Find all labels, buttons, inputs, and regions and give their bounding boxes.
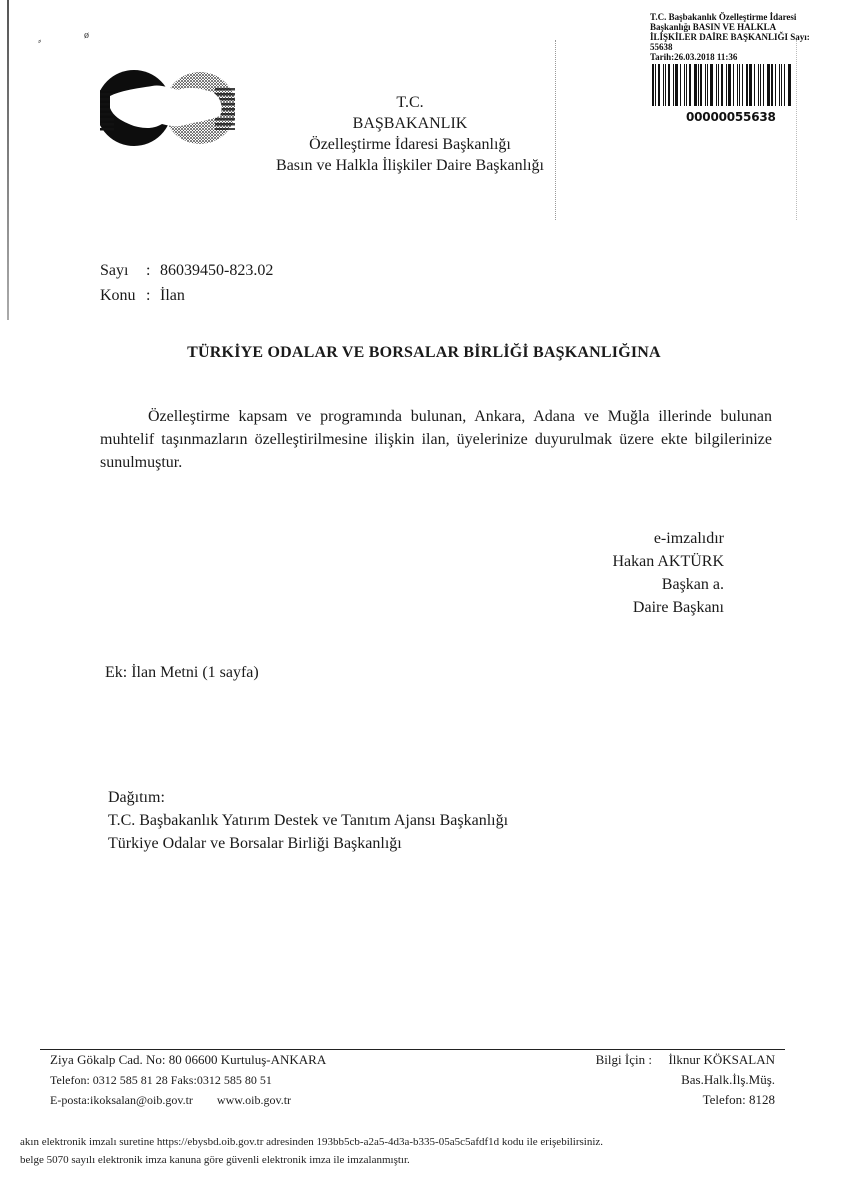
- footer-web-row: E-posta:ikoksalan@oib.gov.tr www.oib.gov…: [50, 1090, 326, 1110]
- barcode-bar: [788, 64, 791, 106]
- barcode-bar: [658, 64, 661, 106]
- konu-label: Konu: [100, 283, 146, 308]
- barcode-bar: [686, 64, 687, 106]
- letterhead-line: T.C.: [260, 92, 560, 113]
- signature-line: Hakan AKTÜRK: [540, 550, 724, 573]
- esign-line: belge 5070 sayılı elektronik imza kanuna…: [20, 1151, 603, 1169]
- barcode-bar: [749, 64, 752, 106]
- info-name: İlknur KÖKSALAN: [668, 1052, 775, 1067]
- barcode-bar: [718, 64, 720, 106]
- distribution-list: Dağıtım: T.C. Başbakanlık Yatırım Destek…: [108, 786, 508, 855]
- footer-contact: Ziya Gökalp Cad. No: 80 06600 Kurtuluş-A…: [50, 1050, 326, 1110]
- barcode-bar: [754, 64, 755, 106]
- letter-body: Özelleştirme kapsam ve programında bulun…: [100, 405, 772, 474]
- sayi-row: Sayı : 86039450-823.02: [100, 258, 273, 283]
- konu-row: Konu : İlan: [100, 283, 273, 308]
- barcode-bar: [689, 64, 691, 106]
- footer-website-link[interactable]: www.oib.gov.tr: [217, 1093, 291, 1107]
- barcode-number: 00000055638: [686, 110, 776, 124]
- barcode-bar: [784, 64, 785, 106]
- signature-block: e-imzalıdır Hakan AKTÜRK Başkan a. Daire…: [540, 527, 724, 619]
- signature-line: Başkan a.: [540, 573, 724, 596]
- scan-speck: ø: [84, 30, 89, 41]
- letterhead-line: BAŞBAKANLIK: [260, 113, 560, 134]
- barcode-bar: [665, 64, 666, 106]
- barcode-bar: [781, 64, 782, 106]
- stamp-line: Başkanlığı BASIN VE HALKLA: [650, 22, 848, 32]
- stamp-line: 55638: [650, 42, 848, 52]
- footer-info: Bilgi İçin : İlknur KÖKSALAN Bas.Halk.İl…: [580, 1050, 775, 1110]
- barcode-bar: [700, 64, 702, 106]
- esign-notice: akın elektronik imzalı suretine https://…: [20, 1133, 603, 1169]
- barcode-bar: [767, 64, 770, 106]
- letterhead-line: Basın ve Halkla İlişkiler Daire Başkanlı…: [260, 155, 560, 176]
- scan-speck: ⸗: [38, 36, 41, 47]
- info-contact-row: Bilgi İçin : İlknur KÖKSALAN: [580, 1050, 775, 1070]
- barcode-bar: [733, 64, 734, 106]
- stamp-line: T.C. Başbakanlık Özelleştirme İdaresi: [650, 12, 848, 22]
- barcode-bar: [746, 64, 748, 106]
- attachment-note: Ek: İlan Metni (1 sayfa): [105, 664, 259, 682]
- info-title: Bas.Halk.İlş.Müş.: [580, 1070, 775, 1090]
- esign-line: akın elektronik imzalı suretine https://…: [20, 1133, 603, 1151]
- barcode-bar: [668, 64, 670, 106]
- barcode-bar: [728, 64, 731, 106]
- barcode-bar: [698, 64, 699, 106]
- barcode-bar: [710, 64, 713, 106]
- barcode-bar: [726, 64, 727, 106]
- barcode-bar: [694, 64, 697, 106]
- konu-value: İlan: [160, 283, 185, 308]
- distribution-item: Türkiye Odalar ve Borsalar Birliği Başka…: [108, 832, 508, 855]
- sayi-value: 86039450-823.02: [160, 258, 273, 283]
- signature-line: Daire Başkanı: [540, 596, 724, 619]
- barcode-bar: [742, 64, 743, 106]
- barcode-bar: [705, 64, 706, 106]
- barcode-bar: [707, 64, 708, 106]
- document-meta: Sayı : 86039450-823.02 Konu : İlan: [100, 258, 273, 308]
- barcode-bar: [737, 64, 738, 106]
- info-phone: Telefon: 8128: [580, 1090, 775, 1110]
- addressee-heading: TÜRKİYE ODALAR VE BORSALAR BİRLİĞİ BAŞKA…: [0, 344, 848, 362]
- signature-line: e-imzalıdır: [540, 527, 724, 550]
- letterhead: T.C. BAŞBAKANLIK Özelleştirme İdaresi Ba…: [260, 92, 560, 176]
- footer-phone-fax: Telefon: 0312 585 81 28 Faks:0312 585 80…: [50, 1070, 326, 1090]
- body-paragraph: Özelleştirme kapsam ve programında bulun…: [100, 405, 772, 474]
- barcode-bar: [739, 64, 741, 106]
- sayi-label: Sayı: [100, 258, 146, 283]
- stamp-line: Tarih:26.03.2018 11:36: [650, 52, 848, 62]
- barcode-bar: [680, 64, 682, 106]
- barcode-bar: [652, 64, 654, 106]
- scan-edge-line: [7, 0, 9, 320]
- barcode-bar: [760, 64, 762, 106]
- barcode-bar: [684, 64, 685, 106]
- barcode-bar: [721, 64, 723, 106]
- footer-address: Ziya Gökalp Cad. No: 80 06600 Kurtuluş-A…: [50, 1050, 326, 1070]
- barcode-bar: [673, 64, 674, 106]
- distribution-item: T.C. Başbakanlık Yatırım Destek ve Tanıt…: [108, 809, 508, 832]
- barcode-bar: [779, 64, 781, 106]
- barcode-bar: [675, 64, 678, 106]
- barcode-bar: [775, 64, 776, 106]
- barcode-bar: [771, 64, 773, 106]
- stamp-line: İLİŞKİLER DAİRE BAŞKANLIĞI Sayı:: [650, 32, 848, 42]
- barcode-icon: [652, 64, 792, 106]
- separator: :: [146, 258, 160, 283]
- info-label: Bilgi İçin :: [596, 1052, 652, 1067]
- distribution-title: Dağıtım:: [108, 786, 508, 809]
- separator: :: [146, 283, 160, 308]
- letterhead-line: Özelleştirme İdaresi Başkanlığı: [260, 134, 560, 155]
- barcode-bar: [716, 64, 717, 106]
- registry-stamp: T.C. Başbakanlık Özelleştirme İdaresi Ba…: [650, 12, 848, 62]
- barcode-bar: [763, 64, 764, 106]
- footer-email-link[interactable]: E-posta:ikoksalan@oib.gov.tr: [50, 1093, 193, 1107]
- barcode-bar: [663, 64, 664, 106]
- barcode-bar: [655, 64, 656, 106]
- oib-logo-icon: [100, 68, 235, 148]
- barcode-bar: [758, 64, 759, 106]
